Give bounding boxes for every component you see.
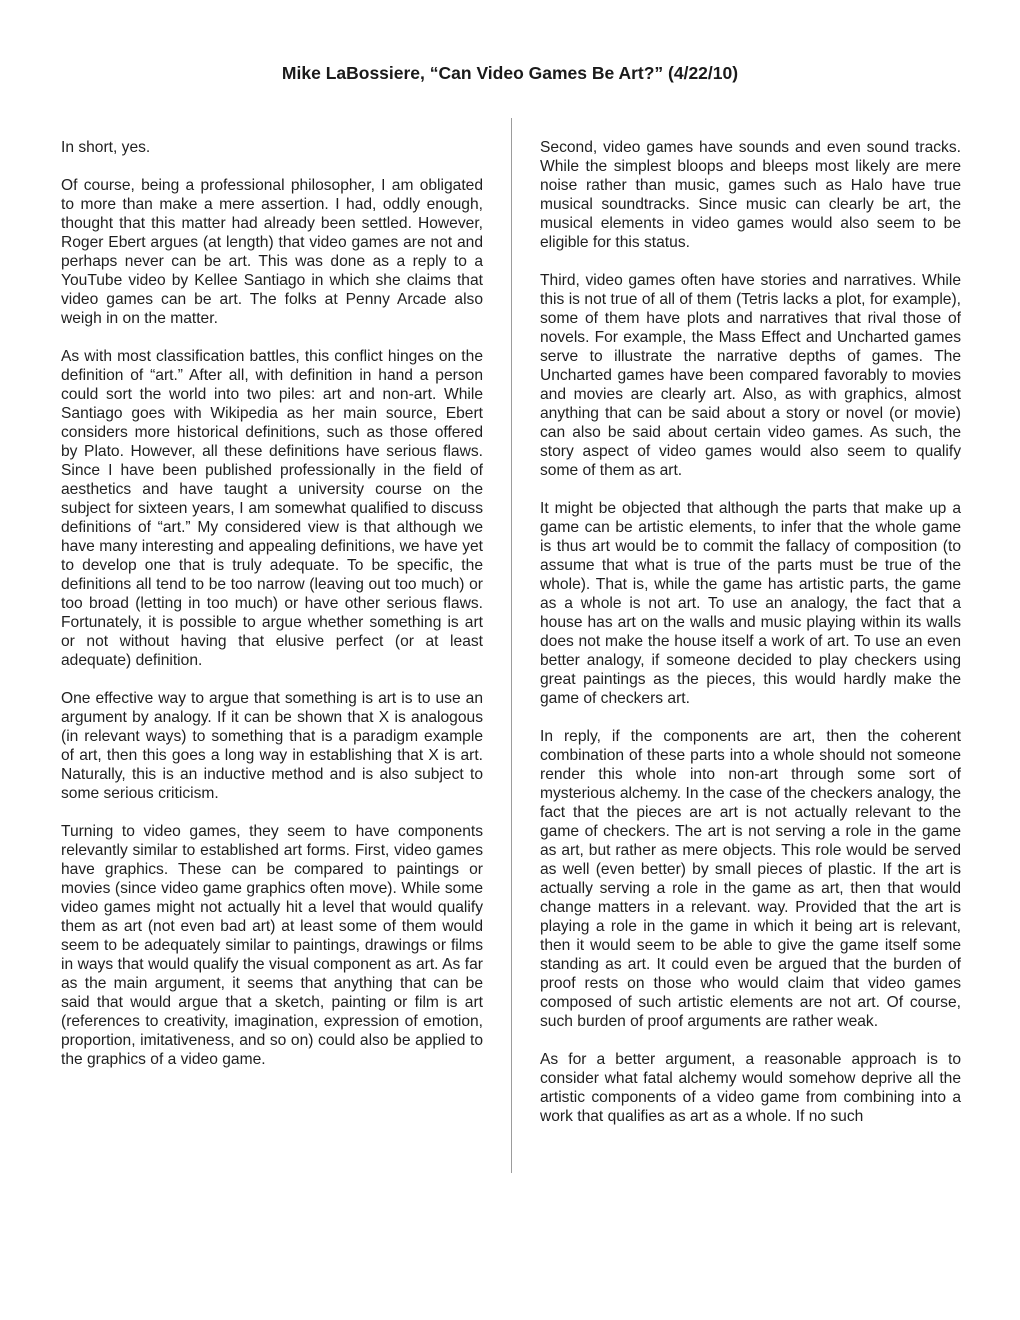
- paragraph: As for a better argument, a reasonable a…: [540, 1050, 961, 1126]
- paragraph: As with most classification battles, thi…: [61, 347, 483, 670]
- document-title: Mike LaBossiere, “Can Video Games Be Art…: [0, 61, 1020, 85]
- paragraph: One effective way to argue that somethin…: [61, 689, 483, 803]
- paragraph: Third, video games often have stories an…: [540, 271, 961, 480]
- document-page: Mike LaBossiere, “Can Video Games Be Art…: [0, 0, 1020, 1320]
- paragraph: It might be objected that although the p…: [540, 499, 961, 708]
- paragraph: In reply, if the components are art, the…: [540, 727, 961, 1031]
- paragraph: Of course, being a professional philosop…: [61, 176, 483, 328]
- right-column: Second, video games have sounds and even…: [540, 138, 961, 1145]
- paragraph: Second, video games have sounds and even…: [540, 138, 961, 252]
- paragraph: Turning to video games, they seem to hav…: [61, 822, 483, 1069]
- column-divider-line: [511, 118, 512, 1173]
- left-column: In short, yes. Of course, being a profes…: [61, 138, 483, 1088]
- paragraph: In short, yes.: [61, 138, 483, 157]
